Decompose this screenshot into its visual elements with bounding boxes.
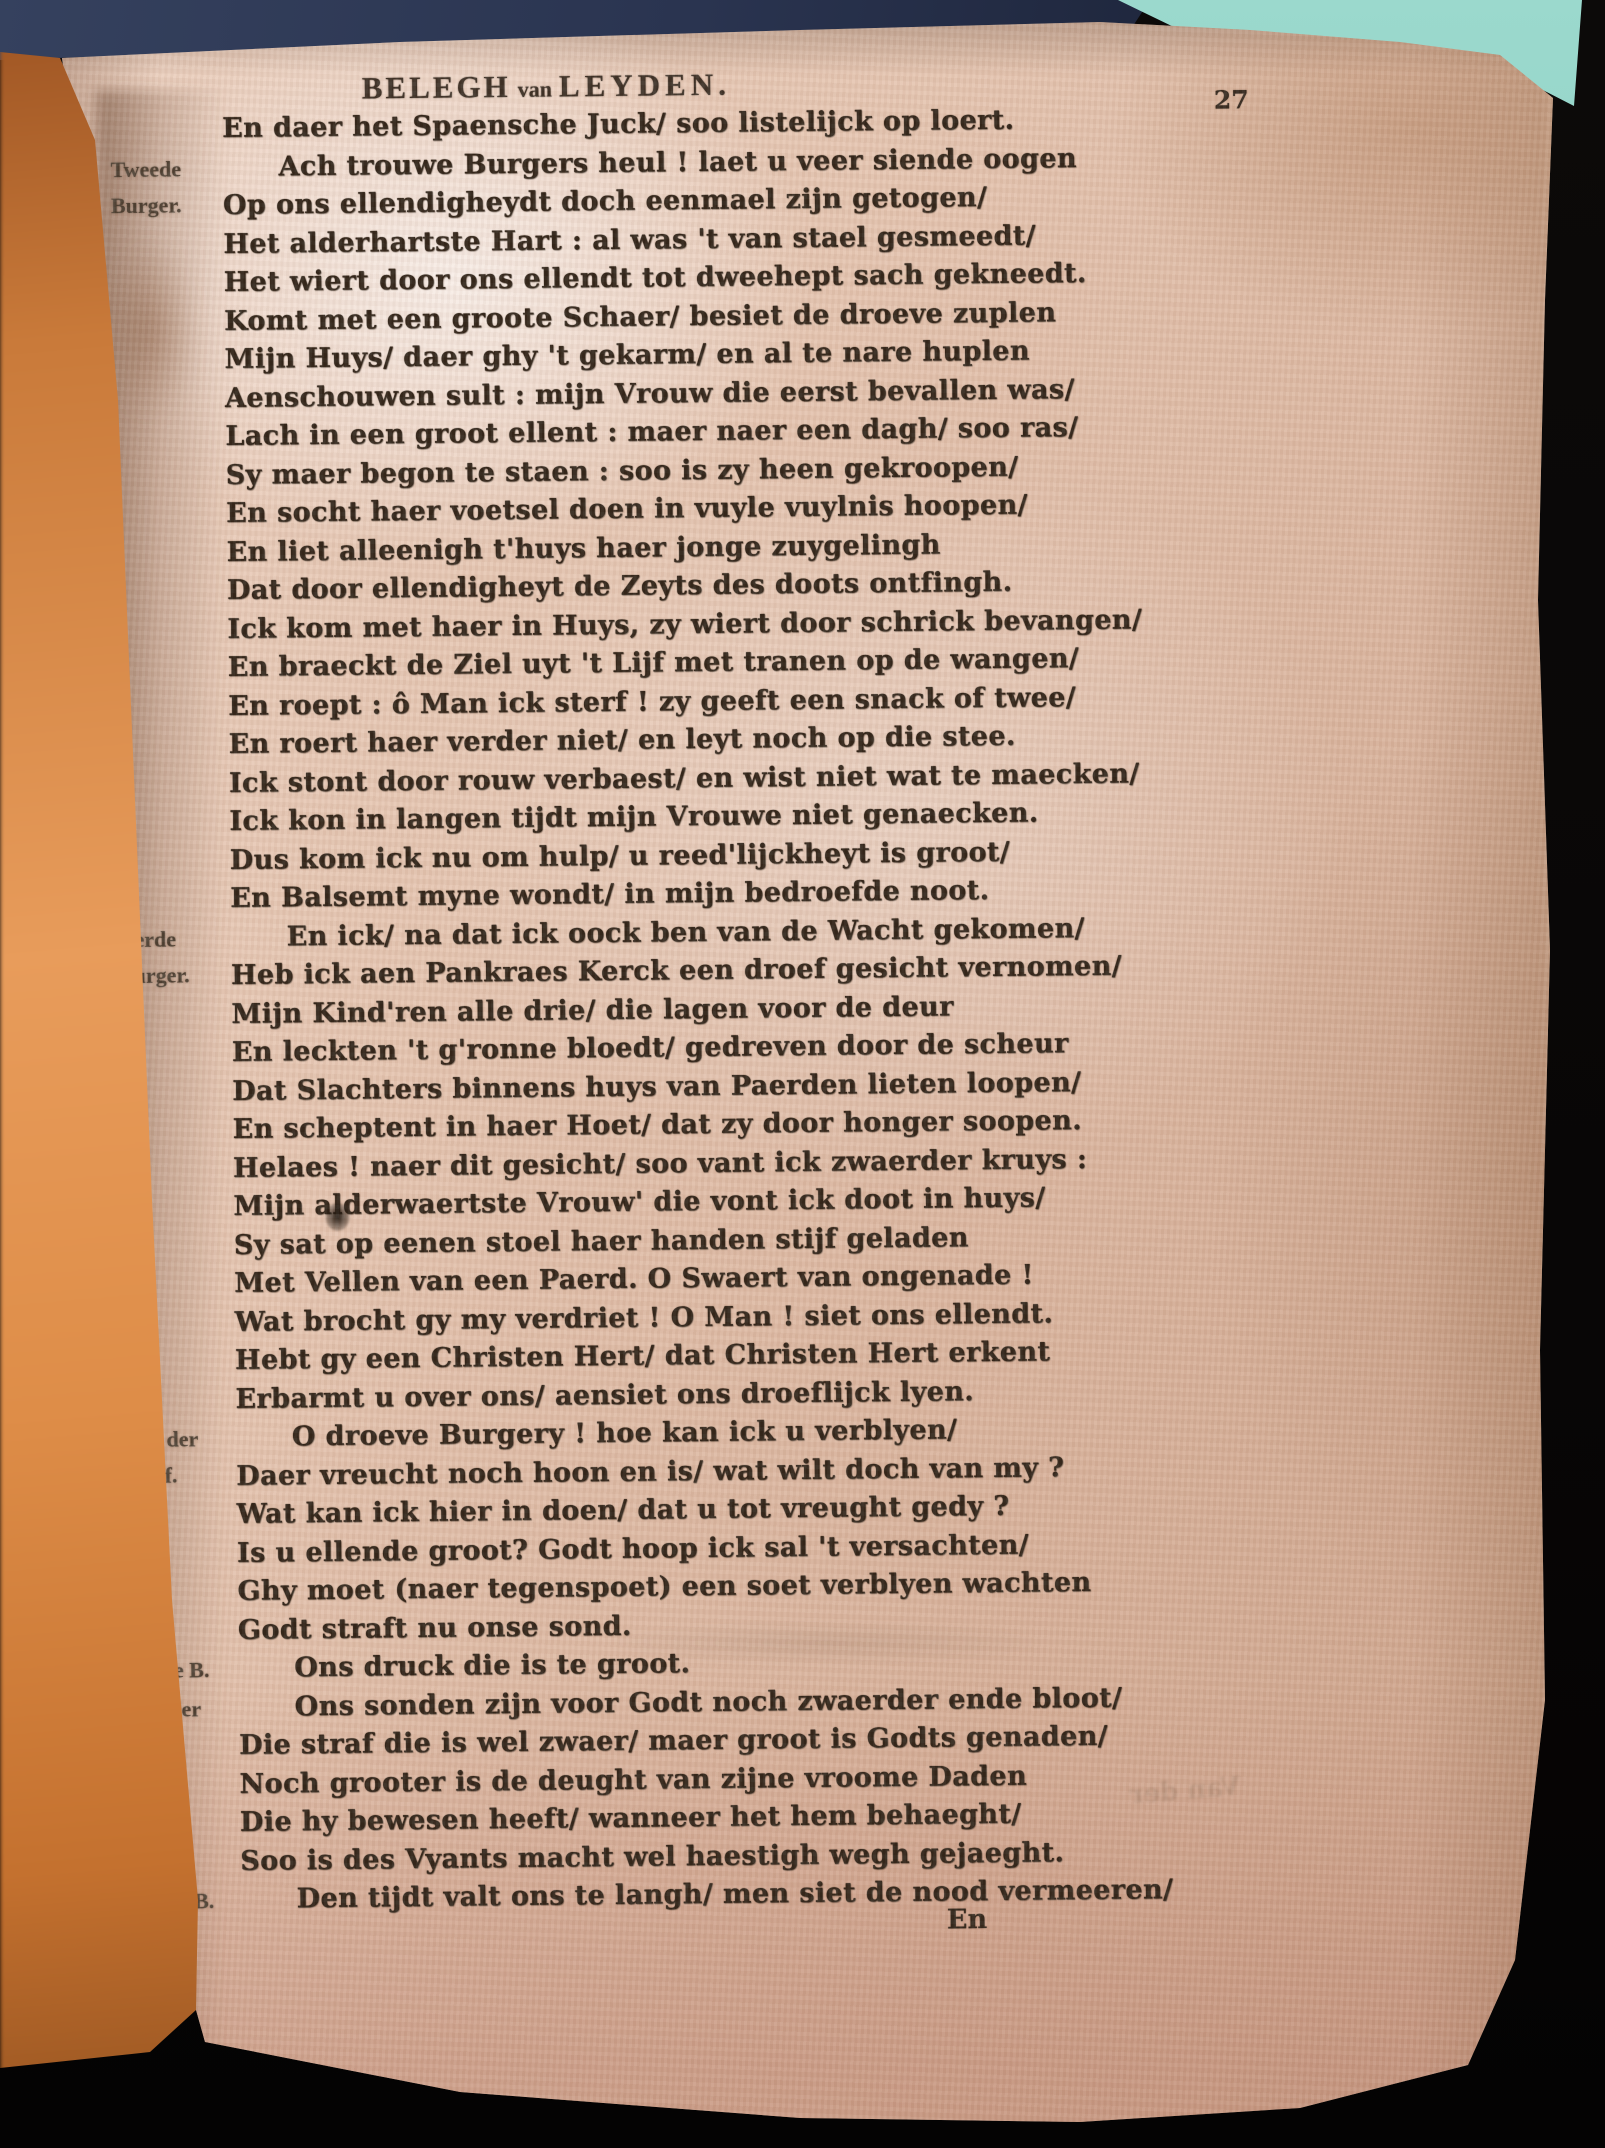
catchword: En [947, 1904, 988, 1935]
verse-text: Ons druck die is te groot. [238, 1648, 690, 1684]
verse-text: Mijn alderwaertste Vrouw' die vont ick d… [233, 1182, 1045, 1222]
page-content: BELEGHvanLEYDEN. 27 En daer het Spaensch… [0, 0, 1605, 2148]
verse-text: En ick/ na dat ick oock ben van de Wacht… [230, 913, 1084, 953]
verse-text: Ach trouwe Burgers heul ! laet u veer si… [222, 143, 1077, 183]
verse-text: Dat door ellendigheyt de Zeyts des doots… [227, 567, 1013, 606]
verse-text: Is u ellende groot? Godt hoop ick sal 't… [237, 1529, 1029, 1568]
verse-text: Wat brocht gy my verdriet ! O Man ! siet… [235, 1298, 1054, 1338]
verse-text: Soo is des Vyants macht wel haestigh weg… [240, 1837, 1064, 1877]
verse-text: Heb ick aen Pankraes Kerck een droef ges… [231, 951, 1122, 991]
verse-text: Noch grooter is de deught van zijne vroo… [239, 1760, 1027, 1799]
verse-text: Mijn Kind'ren alle drie/ die lagen voor … [231, 991, 954, 1030]
verse-text: Op ons ellendigheydt doch eenmael zijn g… [223, 182, 988, 221]
running-title-word: BELEGH [362, 69, 511, 106]
verse-text: O droeve Burgery ! hoe kan ick u verblye… [236, 1414, 958, 1453]
verse-text: Sy maer begon te staen : soo is zy heen … [226, 451, 1019, 490]
verse-text: Helaes ! naer dit gesicht/ soo vant ick … [233, 1143, 1087, 1183]
verse-text: Wat kan ick hier in doen/ dat u tot vreu… [237, 1491, 1010, 1530]
speaker-label: TweedeBurger. [110, 151, 219, 224]
verse-text: Godt straft nu onse sond. [238, 1610, 632, 1645]
verse-text: Ick stont door rouw verbaest/ en wist ni… [229, 758, 1140, 799]
text-lines: En daer het Spaensche Juck/ soo listelij… [222, 100, 1174, 1919]
verse-text: En roept : ô Man ick sterf ! zy geeft ee… [228, 682, 1076, 722]
verse-text: Aenschouwen sult : mijn Vrouw die eerst … [225, 374, 1075, 414]
page-number: 27 [1214, 85, 1249, 114]
running-title-word: LEYDEN. [559, 67, 731, 104]
verse-text: En daer het Spaensche Juck/ soo listelij… [222, 105, 1015, 144]
verse-text: Dat Slachters binnens huys van Paerden l… [232, 1067, 1081, 1107]
verse-text: Die straf die is wel zwaer/ maer groot i… [239, 1721, 1108, 1761]
verse-text: Erbarmt u over ons/ aensiet ons droeflij… [235, 1376, 974, 1415]
verse-text: Daer vreucht noch hoon en is/ wat wilt d… [236, 1452, 1064, 1492]
verse-text: En braeckt de Ziel uyt 't Lijf met trane… [228, 643, 1080, 683]
verse-text: Ick kon in langen tijdt mijn Vrouwe niet… [229, 797, 1039, 836]
verse-text: Komt met een groote Schaer/ besiet de dr… [224, 297, 1056, 337]
verse-text: En scheptent in haer Hoet/ dat zy door h… [232, 1105, 1082, 1145]
verse-text: Den tijdt valt ons te langh/ men siet de… [241, 1874, 1174, 1915]
verse-text: Dus kom ick nu om hulp/ u reed'lijckheyt… [230, 836, 1011, 875]
verse-text: En leckten 't g'ronne bloedt/ gedreven d… [232, 1028, 1069, 1068]
verse-text: Hebt gy een Christen Hert/ dat Christen … [235, 1336, 1051, 1376]
verse-text: Die hy bewesen heeft/ wanneer het hem be… [240, 1799, 1022, 1838]
verse-text: En socht haer voetsel doen in vuyle vuyl… [226, 490, 1028, 529]
book-page: BELEGHvanLEYDEN. 27 En daer het Spaensch… [0, 0, 1605, 2148]
ink-blot [325, 1203, 349, 1231]
verse-text: Het alderhartste Hart : al was 't van st… [223, 220, 1036, 260]
verse-text: Met Vellen van een Paerd. O Swaert van o… [234, 1260, 1034, 1299]
verse-text: En liet alleenigh t'huys haer jonge zuyg… [226, 529, 940, 567]
verse-text: Ick kom met haer in Huys, zy wiert door … [227, 604, 1142, 645]
verse-text: Mijn Huys/ daer ghy 't gekarm/ en al te … [224, 336, 1030, 375]
running-title-word: van [518, 77, 553, 102]
verse-text: En Balsemt myne wondt/ in mijn bedroefde… [230, 875, 990, 914]
verse-text: En roert haer verder niet/ en leyt noch … [228, 721, 1015, 760]
verse-text: Lach in een groot ellent : maer naer een… [225, 412, 1078, 452]
verse-text: Ons sonden zijn voor Godt noch zwaerder … [239, 1682, 1123, 1722]
verse-text: Ghy moet (naer tegenspoet) een soet verb… [237, 1567, 1091, 1607]
running-title: BELEGHvanLEYDEN. [362, 67, 731, 107]
verse-text: Het wiert door ons ellendt tot dweehept … [224, 258, 1087, 298]
